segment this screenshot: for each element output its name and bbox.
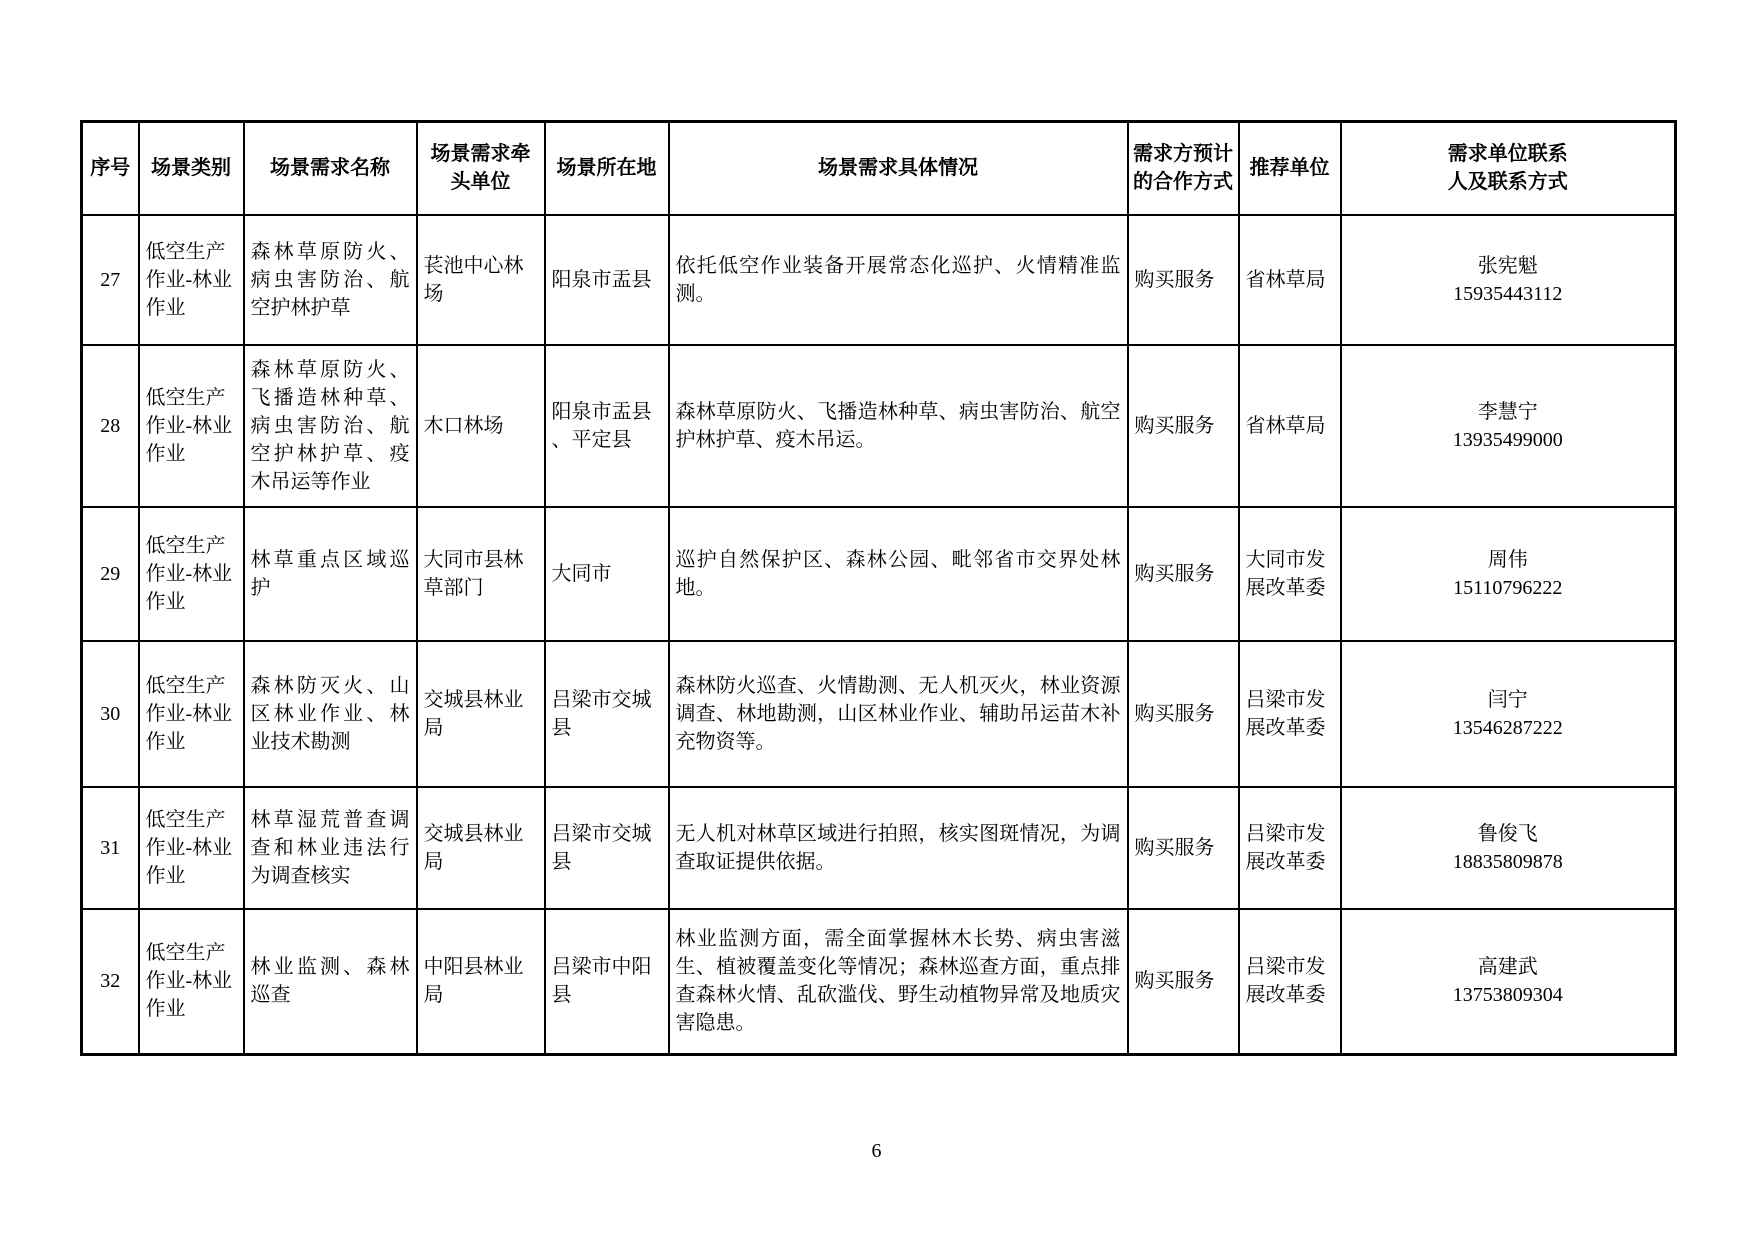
contact-name: 高建武 — [1348, 953, 1669, 981]
cell-location: 阳泉市盂县、平定县 — [545, 345, 669, 507]
column-header-name: 场景需求名称 — [244, 122, 417, 215]
cell-recommender: 吕梁市发展改革委 — [1239, 909, 1341, 1055]
table-body: 27 低空生产作业-林业作业 森林草原防火、病虫害防治、航空护林护草 苌池中心林… — [82, 215, 1676, 1055]
cell-location: 吕梁市中阳县 — [545, 909, 669, 1055]
cell-cooperation: 购买服务 — [1128, 345, 1239, 507]
table-row: 27 低空生产作业-林业作业 森林草原防火、病虫害防治、航空护林护草 苌池中心林… — [82, 215, 1676, 345]
cell-details: 依托低空作业装备开展常态化巡护、火情精准监测。 — [669, 215, 1128, 345]
contact-name: 闫宁 — [1348, 686, 1669, 714]
column-header-recommender: 推荐单位 — [1239, 122, 1341, 215]
cell-recommender: 省林草局 — [1239, 345, 1341, 507]
cell-recommender: 吕梁市发展改革委 — [1239, 641, 1341, 787]
cell-name: 林业监测、森林巡查 — [244, 909, 417, 1055]
cell-category: 低空生产作业-林业作业 — [139, 641, 244, 787]
cell-lead-unit: 木口林场 — [417, 345, 545, 507]
column-header-category: 场景类别 — [139, 122, 244, 215]
cell-lead-unit: 中阳县林业局 — [417, 909, 545, 1055]
contact-phone: 13546287222 — [1348, 714, 1669, 742]
cell-category: 低空生产作业-林业作业 — [139, 345, 244, 507]
cell-contact: 周伟 15110796222 — [1341, 507, 1676, 641]
cell-recommender: 大同市发展改革委 — [1239, 507, 1341, 641]
contact-name: 张宪魁 — [1348, 252, 1669, 280]
contact-phone: 13935499000 — [1348, 426, 1669, 454]
cell-category: 低空生产作业-林业作业 — [139, 909, 244, 1055]
cell-seq: 28 — [82, 345, 139, 507]
cell-details: 森林草原防火、飞播造林种草、病虫害防治、航空护林护草、疫木吊运。 — [669, 345, 1128, 507]
contact-name: 鲁俊飞 — [1348, 820, 1669, 848]
table-header: 序号 场景类别 场景需求名称 场景需求牵头单位 场景所在地 场景需求具体情况 需… — [82, 122, 1676, 215]
contact-phone: 15935443112 — [1348, 280, 1669, 308]
table-row: 29 低空生产作业-林业作业 林草重点区域巡护 大同市县林草部门 大同市 巡护自… — [82, 507, 1676, 641]
table-row: 32 低空生产作业-林业作业 林业监测、森林巡查 中阳县林业局 吕梁市中阳县 林… — [82, 909, 1676, 1055]
cell-category: 低空生产作业-林业作业 — [139, 215, 244, 345]
column-header-contact: 需求单位联系人及联系方式 — [1341, 122, 1676, 215]
cell-cooperation: 购买服务 — [1128, 215, 1239, 345]
column-header-contact-label: 需求单位联系人及联系方式 — [1445, 140, 1571, 196]
cell-recommender: 省林草局 — [1239, 215, 1341, 345]
cell-contact: 闫宁 13546287222 — [1341, 641, 1676, 787]
cell-seq: 31 — [82, 787, 139, 909]
cell-contact: 张宪魁 15935443112 — [1341, 215, 1676, 345]
cell-seq: 30 — [82, 641, 139, 787]
column-header-seq: 序号 — [82, 122, 139, 215]
cell-name: 林草重点区域巡护 — [244, 507, 417, 641]
cell-location: 大同市 — [545, 507, 669, 641]
cell-location: 吕梁市交城县 — [545, 641, 669, 787]
column-header-cooperation: 需求方预计的合作方式 — [1128, 122, 1239, 215]
contact-phone: 13753809304 — [1348, 981, 1669, 1009]
demand-table: 序号 场景类别 场景需求名称 场景需求牵头单位 场景所在地 场景需求具体情况 需… — [80, 120, 1677, 1056]
page-number: 6 — [0, 1140, 1753, 1163]
cell-details: 巡护自然保护区、森林公园、毗邻省市交界处林地。 — [669, 507, 1128, 641]
cell-lead-unit: 大同市县林草部门 — [417, 507, 545, 641]
cell-category: 低空生产作业-林业作业 — [139, 507, 244, 641]
cell-seq: 32 — [82, 909, 139, 1055]
cell-details: 林业监测方面，需全面掌握林木长势、病虫害滋生、植被覆盖变化等情况；森林巡查方面，… — [669, 909, 1128, 1055]
cell-name: 林草湿荒普查调查和林业违法行为调查核实 — [244, 787, 417, 909]
table-row: 30 低空生产作业-林业作业 森林防灭火、山区林业作业、林业技术勘测 交城县林业… — [82, 641, 1676, 787]
cell-recommender: 吕梁市发展改革委 — [1239, 787, 1341, 909]
cell-name: 森林草原防火、病虫害防治、航空护林护草 — [244, 215, 417, 345]
cell-seq: 29 — [82, 507, 139, 641]
contact-phone: 15110796222 — [1348, 574, 1669, 602]
cell-cooperation: 购买服务 — [1128, 641, 1239, 787]
contact-name: 李慧宁 — [1348, 398, 1669, 426]
cell-cooperation: 购买服务 — [1128, 507, 1239, 641]
column-header-location: 场景所在地 — [545, 122, 669, 215]
column-header-lead-unit-label: 场景需求牵头单位 — [429, 140, 533, 196]
cell-contact: 鲁俊飞 18835809878 — [1341, 787, 1676, 909]
cell-category: 低空生产作业-林业作业 — [139, 787, 244, 909]
cell-name: 森林草原防火、飞播造林种草、病虫害防治、航空护林护草、疫木吊运等作业 — [244, 345, 417, 507]
cell-location: 吕梁市交城县 — [545, 787, 669, 909]
cell-details: 无人机对林草区域进行拍照，核实图斑情况，为调查取证提供依据。 — [669, 787, 1128, 909]
cell-lead-unit: 苌池中心林场 — [417, 215, 545, 345]
cell-contact: 高建武 13753809304 — [1341, 909, 1676, 1055]
cell-cooperation: 购买服务 — [1128, 787, 1239, 909]
column-header-lead-unit: 场景需求牵头单位 — [417, 122, 545, 215]
cell-contact: 李慧宁 13935499000 — [1341, 345, 1676, 507]
column-header-details: 场景需求具体情况 — [669, 122, 1128, 215]
table-row: 28 低空生产作业-林业作业 森林草原防火、飞播造林种草、病虫害防治、航空护林护… — [82, 345, 1676, 507]
document-page: 序号 场景类别 场景需求名称 场景需求牵头单位 场景所在地 场景需求具体情况 需… — [0, 0, 1753, 1240]
cell-details: 森林防火巡查、火情勘测、无人机灭火，林业资源调查、林地勘测，山区林业作业、辅助吊… — [669, 641, 1128, 787]
cell-name: 森林防灭火、山区林业作业、林业技术勘测 — [244, 641, 417, 787]
cell-lead-unit: 交城县林业局 — [417, 641, 545, 787]
contact-phone: 18835809878 — [1348, 848, 1669, 876]
cell-lead-unit: 交城县林业局 — [417, 787, 545, 909]
cell-location: 阳泉市盂县 — [545, 215, 669, 345]
contact-name: 周伟 — [1348, 546, 1669, 574]
header-row: 序号 场景类别 场景需求名称 场景需求牵头单位 场景所在地 场景需求具体情况 需… — [82, 122, 1676, 215]
cell-seq: 27 — [82, 215, 139, 345]
table-row: 31 低空生产作业-林业作业 林草湿荒普查调查和林业违法行为调查核实 交城县林业… — [82, 787, 1676, 909]
cell-cooperation: 购买服务 — [1128, 909, 1239, 1055]
